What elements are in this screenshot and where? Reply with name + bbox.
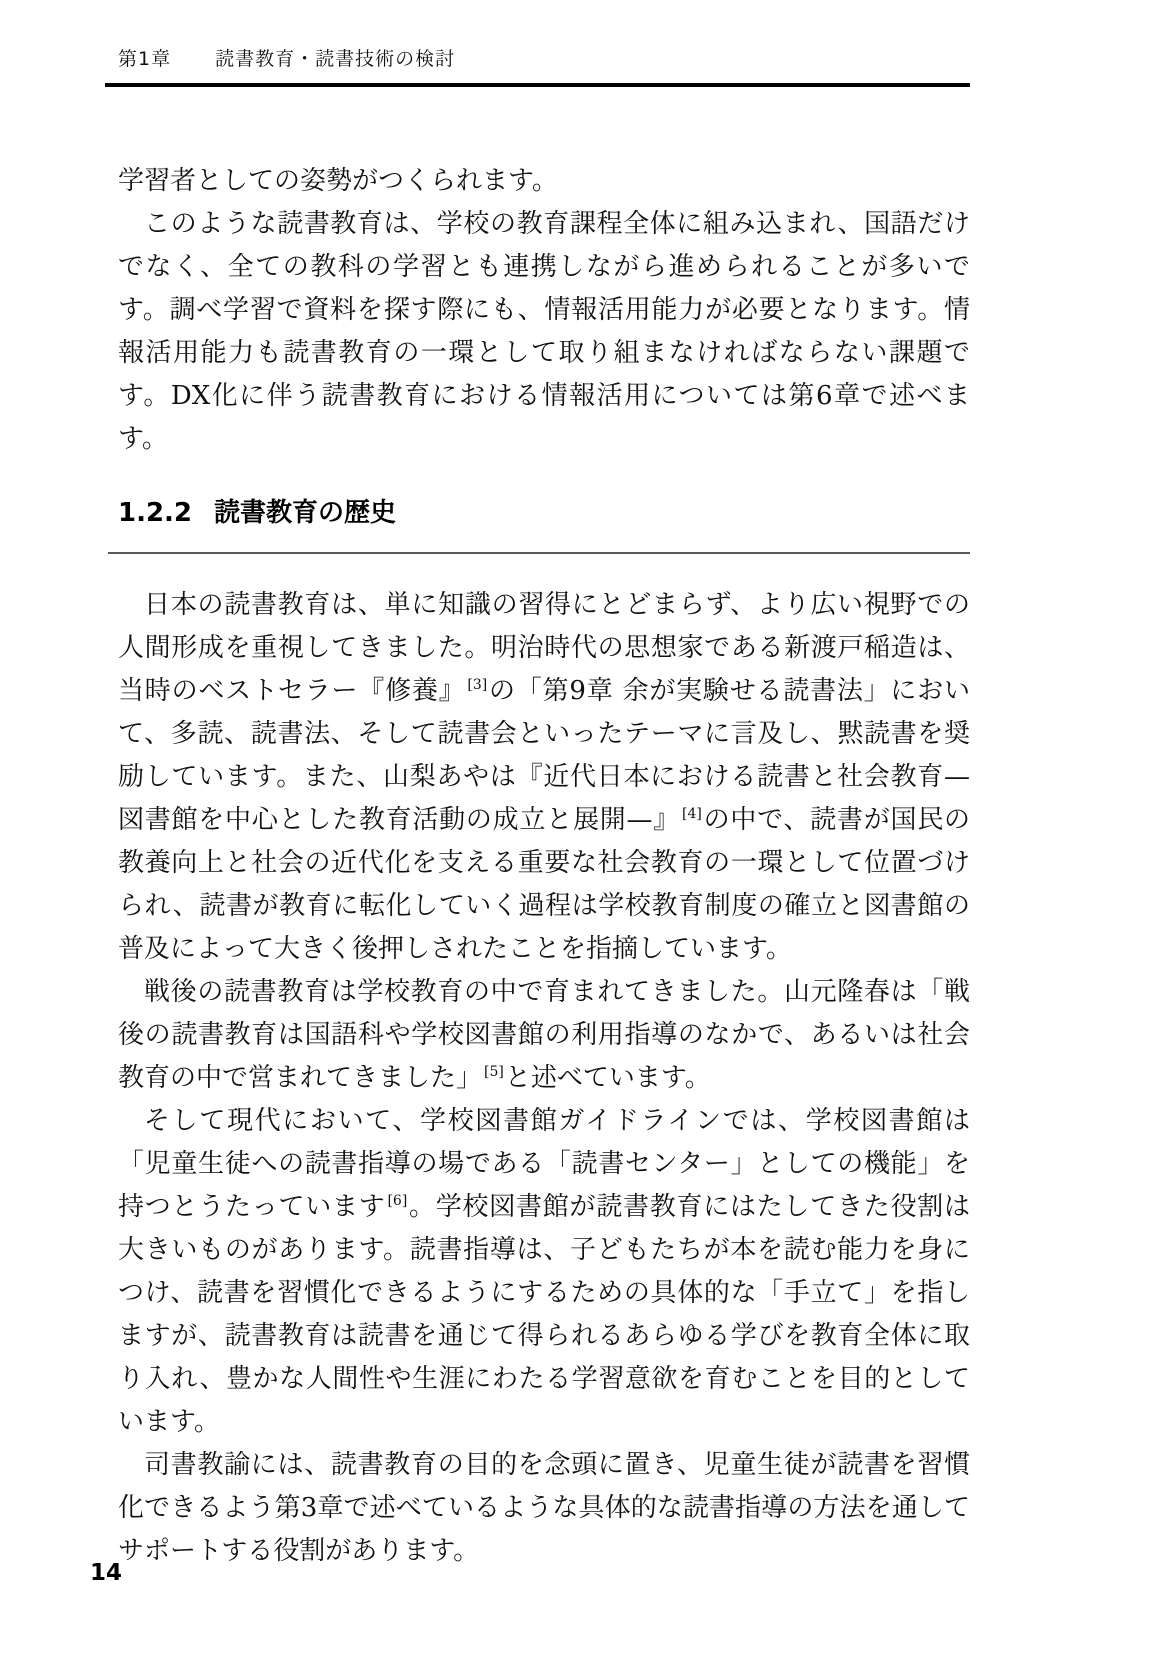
paragraph: そして現代において、学校図書館ガイドラインでは、学校図書館は「児童生徒への読書指…: [118, 1100, 970, 1444]
paragraph: このような読書教育は、学校の教育課程全体に組み込まれ、国語だけでなく、全ての教科…: [118, 203, 970, 461]
paragraph-text: 。学校図書館が読書教育にはたしてきた役割は大きいものがあります。読書指導は、子ど…: [118, 1192, 970, 1437]
page-body: 学習者としての姿勢がつくられます。 このような読書教育は、学校の教育課程全体に組…: [118, 160, 970, 1573]
paragraph-continuation: 学習者としての姿勢がつくられます。: [118, 160, 970, 203]
section-number: 1.2.2: [118, 499, 192, 528]
citation-ref-5: [5]: [484, 1064, 504, 1080]
paragraph: 戦後の読書教育は学校教育の中で育まれてきました。山元隆春は「戦後の読書教育は国語…: [118, 971, 970, 1100]
paragraph: 司書教諭には、読書教育の目的を念頭に置き、児童生徒が読書を習慣化できるよう第3章…: [118, 1444, 970, 1573]
citation-ref-4: [4]: [682, 806, 702, 822]
chapter-title: 読書教育・読書技術の検討: [215, 44, 455, 71]
paragraph-text: と述べています。: [505, 1063, 711, 1093]
section-title: 読書教育の歴史: [214, 499, 396, 528]
running-header: 第1章 読書教育・読書技術の検討: [105, 44, 970, 87]
page-number: 14: [90, 1560, 122, 1586]
citation-ref-3: [3]: [467, 677, 487, 693]
page-footer: 14: [90, 1560, 122, 1586]
chapter-label: 第1章: [118, 44, 171, 71]
citation-ref-6: [6]: [387, 1193, 407, 1209]
running-header-text: 第1章 読書教育・読書技術の検討: [105, 44, 970, 71]
book-page: 第1章 読書教育・読書技術の検討 学習者としての姿勢がつくられます。 このような…: [0, 0, 1165, 1654]
section-heading: 1.2.2 読書教育の歴史: [108, 499, 970, 554]
paragraph: 日本の読書教育は、単に知識の習得にとどまらず、より広い視野での人間形成を重視して…: [118, 584, 970, 971]
